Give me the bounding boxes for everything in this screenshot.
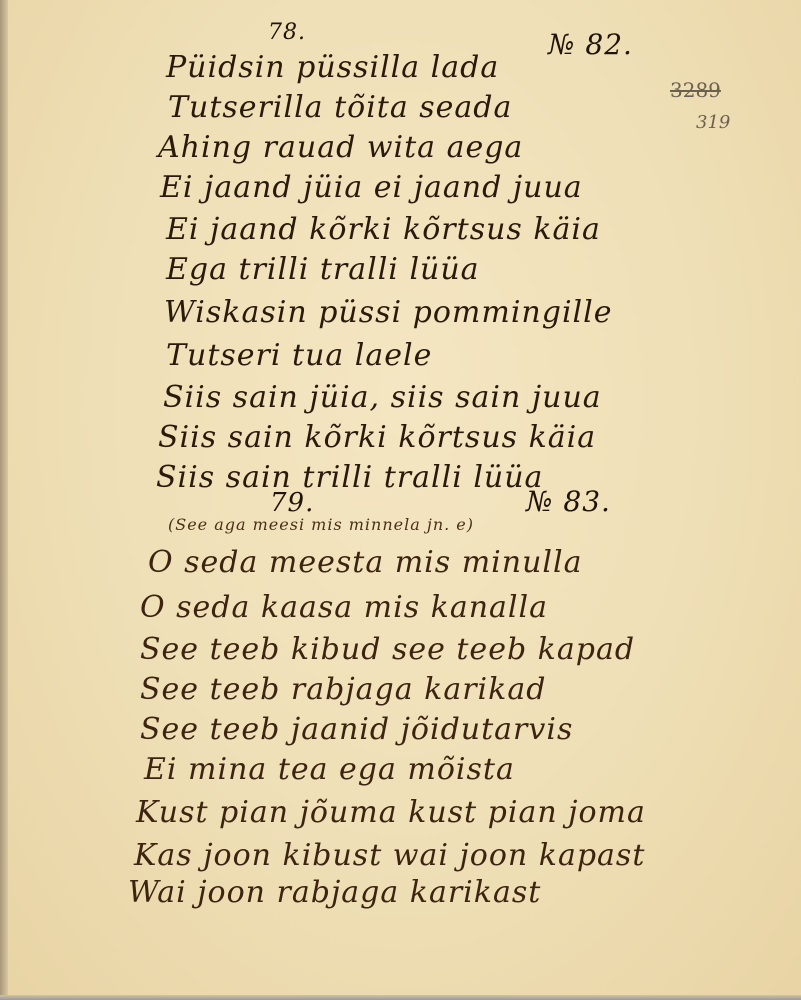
verse-line: Wiskasin püssi pommingille — [164, 295, 612, 330]
verse-line: O seda kaasa mis kanalla — [140, 590, 548, 625]
verse-line: See teeb rabjaga karikad — [140, 672, 546, 707]
verse-line: Ei jaand kõrki kõrtsus käia — [166, 212, 601, 247]
song-note: (See aga meesi mis minnela jn. e) — [168, 515, 474, 534]
song-number-82: № 82. — [548, 28, 633, 61]
verse-line: Siis sain trilli tralli lüüa — [156, 460, 543, 495]
pencil-page-number: 319 — [696, 112, 730, 133]
verse-line: Tutserilla tõita seada — [168, 90, 512, 125]
manuscript-page: 78. № 82. 3289 319 Püidsin püssilla lada… — [8, 0, 801, 995]
verse-line: Siis sain jüia, siis sain juua — [163, 380, 602, 415]
verse-line: Wai joon rabjaga karikast — [128, 875, 541, 910]
verse-line: Ei jaand jüia ei jaand juua — [160, 170, 583, 205]
verse-line: Ei mina tea ega mõista — [144, 752, 515, 787]
page-bottom-edge — [0, 995, 801, 1000]
verse-line: Ega trilli tralli lüüa — [166, 252, 480, 287]
song-number-83: № 83. — [526, 485, 611, 518]
verse-line: Siis sain kõrki kõrtsus käia — [158, 420, 596, 455]
verse-line: See teeb kibud see teeb kapad — [140, 632, 635, 667]
verse-line: Püidsin püssilla lada — [166, 50, 499, 85]
verse-line: Ahing rauad wita aega — [158, 130, 523, 165]
verse-line: Tutseri tua laele — [166, 338, 432, 373]
verse-line: Kust pian jõuma kust pian joma — [136, 795, 646, 830]
page-marker-78: 78. — [268, 20, 306, 45]
verse-line: Kas joon kibust wai joon kapast — [134, 838, 645, 873]
verse-line: See teeb jaanid jõidutarvis — [140, 712, 573, 747]
page-marker-79: 79. — [270, 488, 314, 518]
verse-line: O seda meesta mis minulla — [148, 545, 582, 580]
crossed-out-number: 3289 — [670, 78, 721, 102]
